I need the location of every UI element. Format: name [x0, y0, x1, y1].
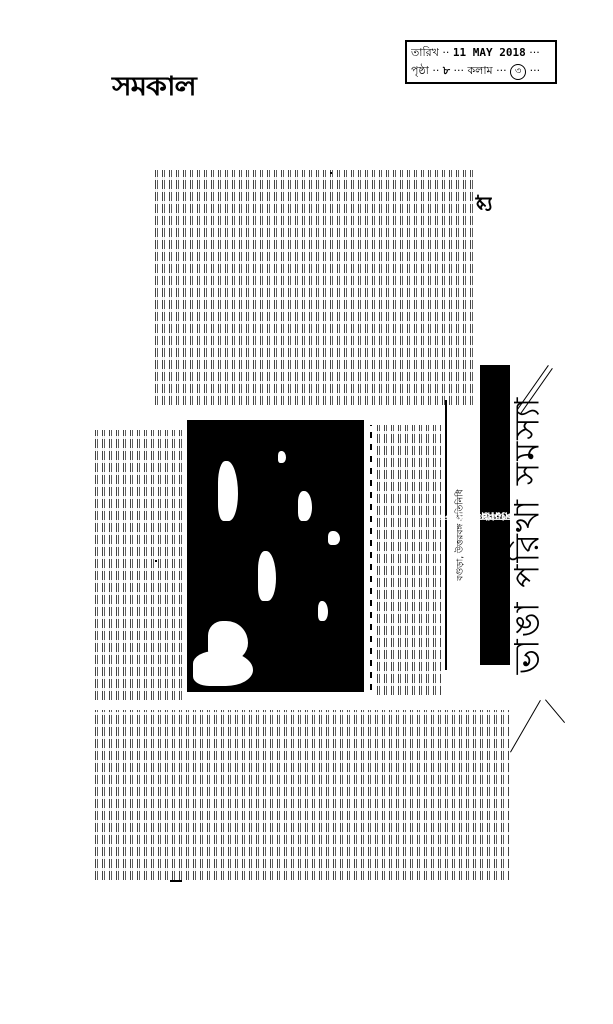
archive-date-stamp: তারিখ ·· 11 MAY 2018 ··· পৃষ্ঠা ·· ৮ ···… [405, 40, 557, 84]
article-text-block-left-top [95, 430, 183, 700]
masthead: সমকাল [112, 66, 196, 110]
scan-speck [155, 560, 157, 562]
dateline: বগুড়া, উত্তরবঙ্গ প্রতিনিধি [450, 400, 470, 670]
stamp-date-value: 11 MAY 2018 [453, 46, 526, 59]
dropcap: প্র [468, 195, 505, 211]
stamp-column-label: কলাম [467, 64, 492, 77]
scan-speck [330, 172, 332, 174]
stamp-date-row: তারিখ ·· 11 MAY 2018 ··· [411, 44, 551, 62]
stamp-date-label: তারিখ [411, 46, 439, 59]
photo-caption-divider [370, 425, 372, 690]
news-photo [187, 420, 364, 692]
article-text-block-mid [377, 425, 442, 695]
stamp-column-value: ৩ [510, 64, 526, 80]
newspaper-clipping: প্র বগুড়া, উত্তরবঙ্গ প্রতিনিধি উত্তরাঞ্… [95, 170, 540, 900]
stamp-page-row: পৃষ্ঠা ·· ৮ ··· কলাম ··· ৩ ··· [411, 62, 551, 80]
scan-speck [170, 880, 182, 882]
article-text-block-bottom [95, 710, 510, 880]
stamp-page-value: ৮ [443, 64, 450, 77]
article-text-block-top [155, 170, 475, 405]
byline-divider [445, 400, 447, 670]
headline: ভাঙা পরিখা সমস্যা [505, 335, 555, 735]
stamp-page-label: পৃষ্ঠা [411, 64, 429, 77]
